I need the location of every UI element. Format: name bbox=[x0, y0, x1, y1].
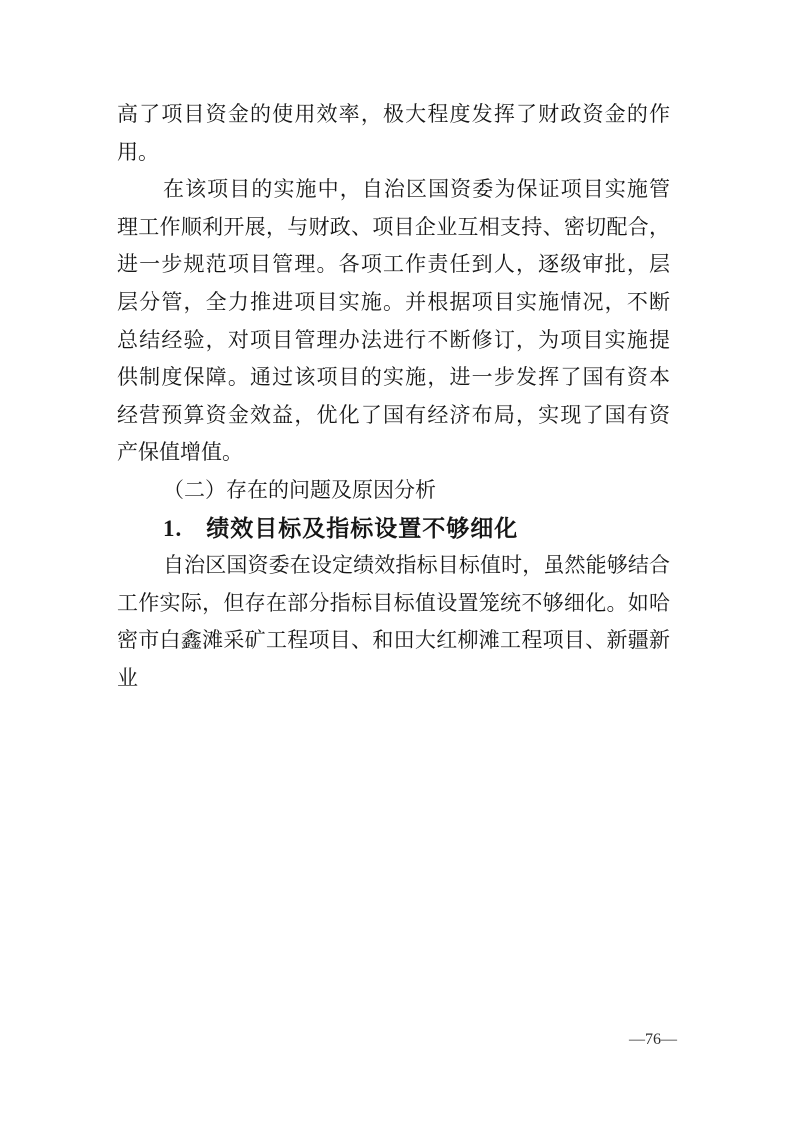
body-line: 密市白鑫滩采矿工程项目、和田大红柳滩工程项目、新疆新 bbox=[117, 622, 670, 660]
subsection-title: （二）存在的问题及原因分析 bbox=[117, 472, 670, 510]
body-line: 经营预算资金效益，优化了国有经济布局，实现了国有资 bbox=[117, 397, 670, 435]
body-line: 业 bbox=[117, 660, 670, 698]
body-line: 工作实际，但存在部分指标目标值设置笼统不够细化。如哈 bbox=[117, 585, 670, 623]
body-line: 进一步规范项目管理。各项工作责任到人，逐级审批，层 bbox=[117, 246, 670, 284]
body-line: 供制度保障。通过该项目的实施，进一步发挥了国有资本 bbox=[117, 359, 670, 397]
body-line: 产保值增值。 bbox=[117, 434, 670, 472]
body-line: 高了项目资金的使用效率，极大程度发挥了财政资金的作 bbox=[117, 96, 670, 134]
text-block: 高了项目资金的使用效率，极大程度发挥了财政资金的作用。在该项目的实施中，自治区国… bbox=[117, 96, 670, 698]
body-line: 总结经验，对项目管理办法进行不断修订，为项目实施提 bbox=[117, 322, 670, 360]
body-line: 用。 bbox=[117, 134, 670, 172]
body-line: 自治区国资委在设定绩效指标目标值时，虽然能够结合 bbox=[117, 547, 670, 585]
document-page: 高了项目资金的使用效率，极大程度发挥了财政资金的作用。在该项目的实施中，自治区国… bbox=[0, 0, 793, 1122]
body-line: 在该项目的实施中，自治区国资委为保证项目实施管 bbox=[117, 171, 670, 209]
body-line: 理工作顺利开展，与财政、项目企业互相支持、密切配合， bbox=[117, 209, 670, 247]
page-number: —76— bbox=[629, 1031, 689, 1049]
numbered-heading: 1. 绩效目标及指标设置不够细化 bbox=[117, 510, 670, 548]
body-line: 层分管，全力推进项目实施。并根据项目实施情况，不断 bbox=[117, 284, 670, 322]
